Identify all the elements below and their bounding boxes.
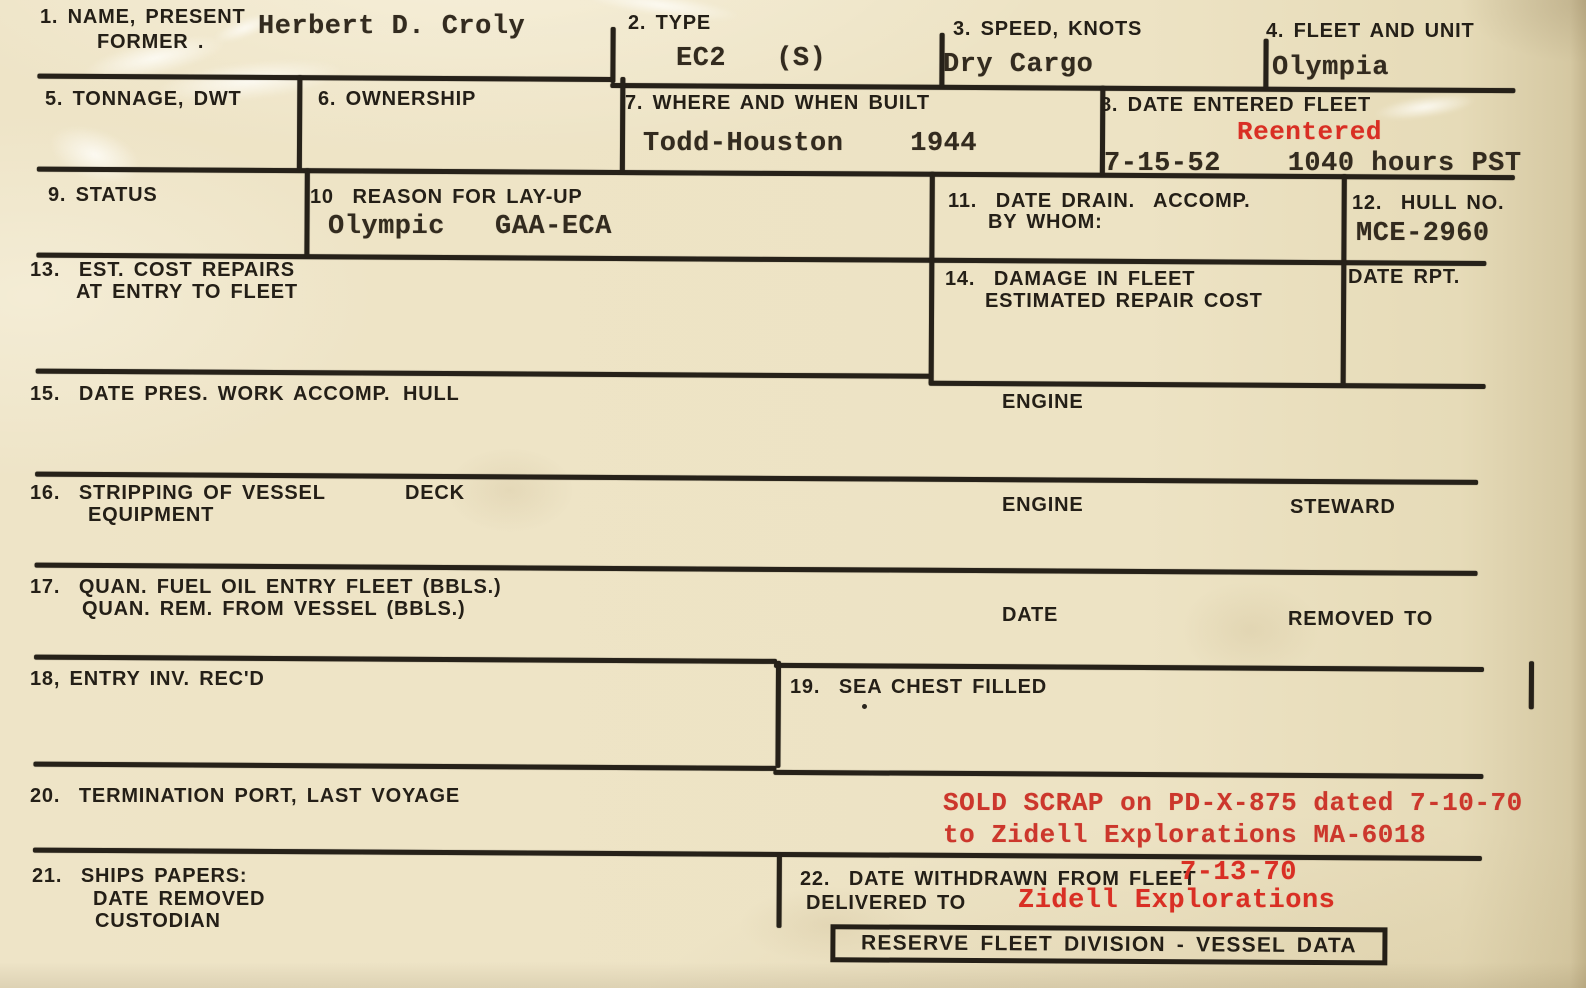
grid-line xyxy=(610,27,615,83)
grid-line xyxy=(929,172,935,384)
field-16-equipment-label: EQUIPMENT xyxy=(88,504,214,526)
field-17-removed-to-label: REMOVED TO xyxy=(1288,608,1433,630)
grid-line xyxy=(929,381,1486,389)
field-10-layup-label: 10 REASON FOR LAY-UP xyxy=(310,186,583,208)
field-15-hull-label: HULL xyxy=(403,383,460,405)
grid-line xyxy=(773,770,1483,779)
grid-line xyxy=(297,75,303,170)
field-2-type-label: 2. TYPE xyxy=(628,12,711,34)
field-2-type-value: EC2 (S) xyxy=(676,44,826,74)
field-17-fuel-removed-label: QUAN. REM. FROM VESSEL (BBLS.) xyxy=(82,598,465,620)
field-3-speed-label: 3. SPEED, KNOTS xyxy=(953,18,1142,40)
field-13-est-cost-label: 13. EST. COST REPAIRS xyxy=(30,259,295,281)
grid-line xyxy=(36,369,931,379)
field-1-former-label: FORMER . xyxy=(97,31,204,53)
field-6-ownership-label: 6. OWNERSHIP xyxy=(318,88,476,110)
field-16-engine-label: ENGINE xyxy=(1002,494,1083,516)
field-14-damage-label: 14. DAMAGE IN FLEET xyxy=(945,268,1195,290)
field-17-date-label: DATE xyxy=(1002,604,1058,626)
vessel-data-card: RESERVE FLEET DIVISION - VESSEL DATA 1. … xyxy=(0,0,1586,988)
field-15-date-work-label: 15. DATE PRES. WORK ACCOMP. xyxy=(30,383,390,405)
field-1-name-present-label: 1. NAME, PRESENT xyxy=(40,6,246,28)
field-18-entry-inv-label: 18, ENTRY INV. REC'D xyxy=(30,668,265,690)
field-3-speed-value: Dry Cargo xyxy=(943,50,1093,80)
field-5-tonnage-label: 5. TONNAGE, DWT xyxy=(45,88,242,110)
field-8-date-entered-value: 7-15-52 1040 hours PST xyxy=(1104,149,1522,179)
field-11-by-whom-label: BY WHOM: xyxy=(988,211,1103,233)
footer-title-box: RESERVE FLEET DIVISION - VESSEL DATA xyxy=(830,924,1387,965)
field-21-ships-papers-label: 21. SHIPS PAPERS: xyxy=(32,865,247,887)
field-19-sea-chest-label: 19. SEA CHEST FILLED xyxy=(790,676,1047,698)
grid-line xyxy=(777,854,782,928)
ink-speck xyxy=(862,704,867,709)
field-12-hull-no-value: MCE-2960 xyxy=(1356,219,1490,249)
field-22-delivered-to-value: Zidell Explorations xyxy=(1018,886,1335,916)
grid-line xyxy=(34,655,777,664)
field-22-delivered-to-label: DELIVERED TO xyxy=(806,892,966,914)
field-13-at-entry-label: AT ENTRY TO FLEET xyxy=(76,281,298,303)
footer-title: RESERVE FLEET DIVISION - VESSEL DATA xyxy=(861,931,1357,958)
sold-scrap-note-line1: SOLD SCRAP on PD-X-875 dated 7-10-70 xyxy=(943,788,1523,818)
grid-line xyxy=(1529,661,1534,709)
grid-line xyxy=(37,74,612,82)
grid-line xyxy=(304,168,310,256)
field-7-built-label: 7. WHERE AND WHEN BUILT xyxy=(625,92,930,114)
field-17-fuel-entry-label: 17. QUAN. FUEL OIL ENTRY FLEET (BBLS.) xyxy=(30,576,502,598)
grid-line xyxy=(1341,174,1347,262)
field-16-deck-label: DECK xyxy=(405,482,465,504)
field-8-date-entered-label: 8. DATE ENTERED FLEET xyxy=(1100,94,1371,116)
field-21-custodian-label: CUSTODIAN xyxy=(95,910,221,932)
field-4-fleet-unit-value: Olympia xyxy=(1272,53,1389,83)
field-22-withdrawn-date-value: 7-13-70 xyxy=(1180,858,1297,888)
field-10-layup-value: Olympic GAA-ECA xyxy=(328,212,612,242)
field-14-date-rpt-label: DATE RPT. xyxy=(1348,266,1460,288)
field-7-built-value: Todd-Houston 1944 xyxy=(643,129,977,159)
field-9-status-label: 9. STATUS xyxy=(48,184,157,206)
grid-line xyxy=(775,661,781,768)
grid-line xyxy=(1263,39,1268,89)
field-15-engine-label: ENGINE xyxy=(1002,391,1083,413)
field-11-date-drain-label: 11. DATE DRAIN. ACCOMP. xyxy=(948,190,1250,212)
field-8-reentered-stamp: Reentered xyxy=(1237,117,1382,147)
field-14-est-repair-label: ESTIMATED REPAIR COST xyxy=(985,290,1263,312)
field-16-steward-label: STEWARD xyxy=(1290,496,1396,518)
field-12-hull-no-label: 12. HULL NO. xyxy=(1352,192,1504,214)
grid-line xyxy=(774,663,1484,672)
grid-line xyxy=(1341,260,1347,386)
grid-line xyxy=(33,762,776,771)
field-1-vessel-name-value: Herbert D. Croly xyxy=(258,12,525,42)
field-20-termination-label: 20. TERMINATION PORT, LAST VOYAGE xyxy=(30,785,460,807)
grid-line xyxy=(35,563,1478,576)
field-21-date-removed-label: DATE REMOVED xyxy=(93,888,265,910)
sold-scrap-note-line2: to Zidell Explorations MA-6018 xyxy=(943,820,1426,850)
field-16-stripping-label: 16. STRIPPING OF VESSEL xyxy=(30,482,326,504)
field-4-fleet-unit-label: 4. FLEET AND UNIT xyxy=(1266,20,1475,42)
